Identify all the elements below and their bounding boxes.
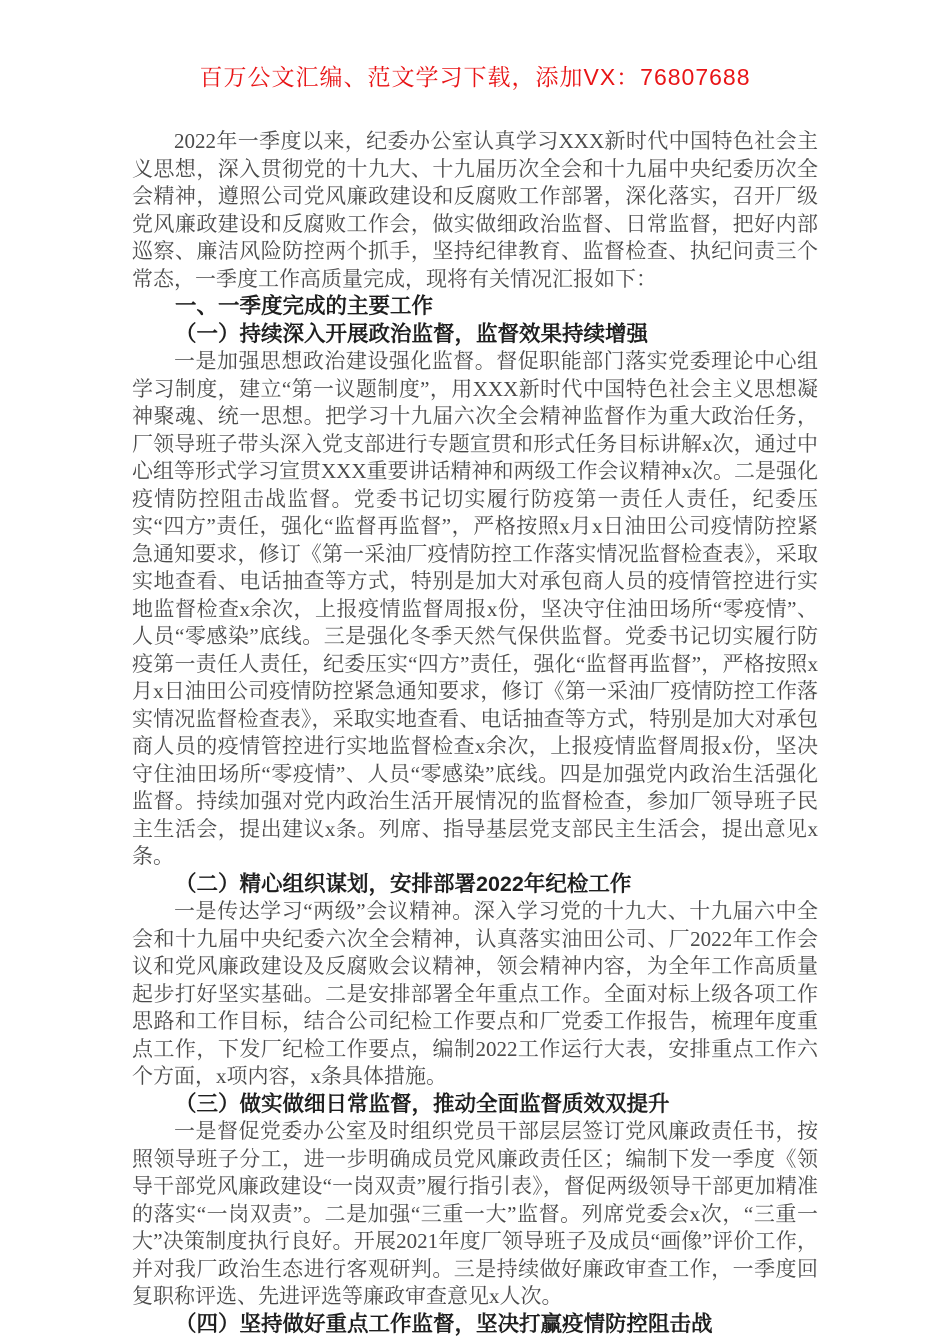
section-heading: 一、一季度完成的主要工作 <box>132 293 818 321</box>
section-heading: （二）精心组织谋划，安排部署2022年纪检工作 <box>132 871 818 899</box>
paragraph-body: 一是传达学习“两级”会议精神。深入学习党的十九大、十九届六中全会和十九届中央纪委… <box>132 898 818 1091</box>
document-page: 百万公文汇编、范文学习下载，添加VX：76807688 2022年一季度以来，纪… <box>0 0 950 1344</box>
paragraph-body: 一是加强思想政治建设强化监督。督促职能部门落实党委理论中心组学习制度，建立“第一… <box>132 348 818 871</box>
section-heading: （三）做实做细日常监督，推动全面监督质效双提升 <box>132 1091 818 1119</box>
section-heading: （四）坚持做好重点工作监督，坚决打赢疫情防控阻击战 <box>132 1311 818 1339</box>
section-heading: （一）持续深入开展政治监督，监督效果持续增强 <box>132 321 818 349</box>
paragraph-body: 一是督促党委办公室及时组织党员干部层层签订党风廉政责任书，按照领导班子分工，进一… <box>132 1118 818 1311</box>
paragraph-body: 2022年一季度以来，纪委办公室认真学习XXX新时代中国特色社会主义思想，深入贯… <box>132 128 818 293</box>
header-ad-text: 百万公文汇编、范文学习下载，添加VX：76807688 <box>132 62 818 92</box>
document-body: 2022年一季度以来，纪委办公室认真学习XXX新时代中国特色社会主义思想，深入贯… <box>132 128 818 1338</box>
